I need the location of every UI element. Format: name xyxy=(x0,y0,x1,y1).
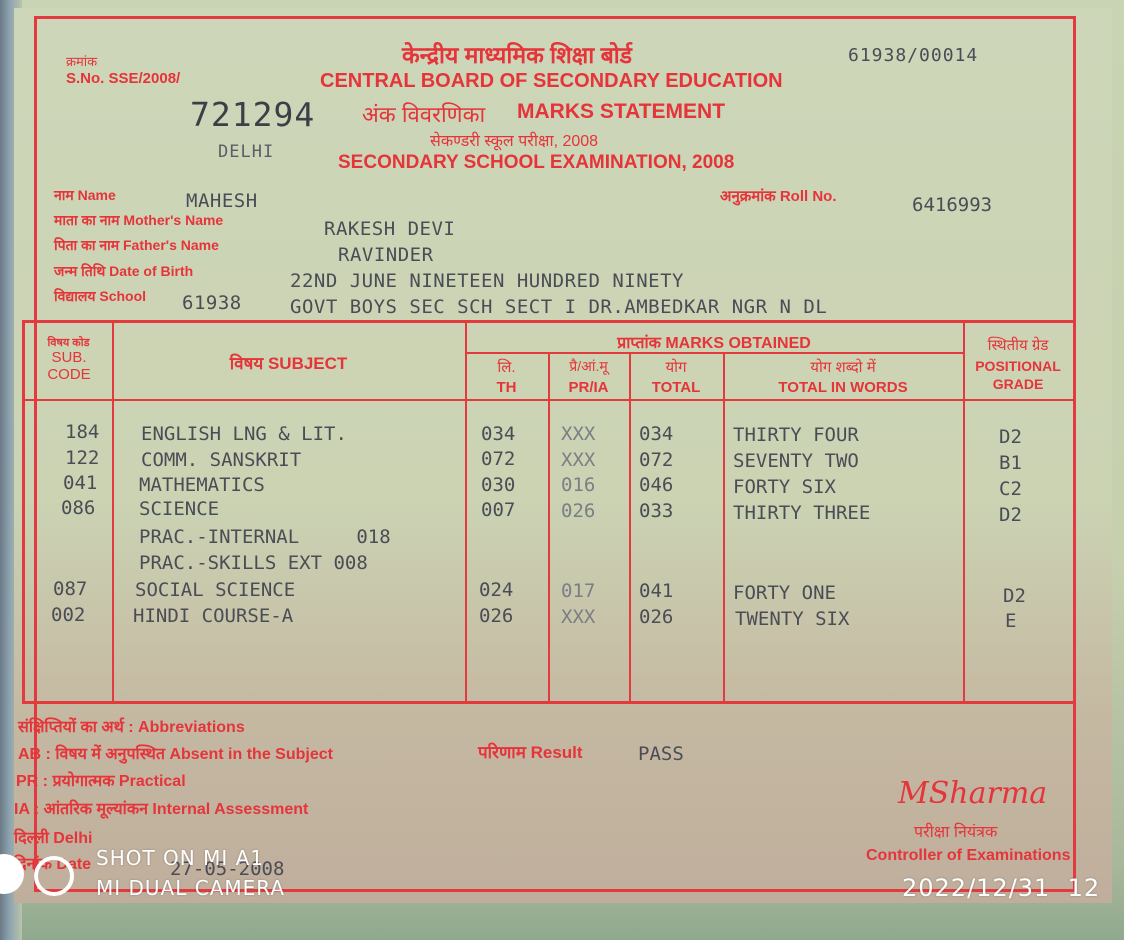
row-3-code: 086 xyxy=(61,497,95,519)
row-3-words: THIRTY THREE xyxy=(733,502,870,524)
row-2-pria: 016 xyxy=(561,474,595,496)
row-7-total: 026 xyxy=(639,606,673,628)
exam-name-hindi: सेकण्डरी स्कूल परीक्षा, 2008 xyxy=(430,129,598,151)
region: DELHI xyxy=(218,142,274,162)
school-code: 61938 xyxy=(182,292,242,314)
camera-watermark-line2: MI DUAL CAMERA xyxy=(96,876,285,900)
abbreviation-ia: IA : आंतरिक मूल्यांकन Internal Assessmen… xyxy=(14,797,308,819)
mother-name: RAKESH DEVI xyxy=(324,218,455,240)
row-6-grade: D2 xyxy=(1003,585,1026,607)
row-1-code: 122 xyxy=(65,447,99,469)
row-1-grade: B1 xyxy=(999,452,1022,474)
header-marks-obtained: प्राप्तांक MARKS OBTAINED xyxy=(465,331,963,353)
row-3-grade: D2 xyxy=(999,504,1022,526)
row-6-code: 087 xyxy=(53,578,87,600)
row-4-subject: PRAC.-INTERNAL 018 xyxy=(139,526,391,548)
row-3-th: 007 xyxy=(481,499,515,521)
row-0-words: THIRTY FOUR xyxy=(733,424,859,446)
header-positional-grade: POSITIONAL GRADE xyxy=(963,357,1073,393)
row-0-pria: XXX xyxy=(561,423,595,445)
row-0-code: 184 xyxy=(65,421,99,443)
statement-title-hindi: अंक विवरणिका xyxy=(362,99,485,129)
controller-signature: MSharma xyxy=(898,776,1047,811)
row-2-words: FORTY SIX xyxy=(733,476,836,498)
abbreviations-title: संक्षिप्तियों का अर्थ : Abbreviations xyxy=(18,715,245,737)
header-sub-code-hindi: विषय कोड xyxy=(25,335,112,350)
row-1-pria: XXX xyxy=(561,449,595,471)
statement-title: MARKS STATEMENT xyxy=(517,100,725,124)
header-th-hindi: लि. xyxy=(465,357,548,377)
board-name-hindi: केन्द्रीय माध्यमिक शिक्षा बोर्ड xyxy=(402,38,632,70)
row-3-subject: SCIENCE xyxy=(139,498,219,520)
header-pria-hindi: प्रै/आं.मू xyxy=(548,357,629,376)
row-2-total: 046 xyxy=(639,474,673,496)
row-2-code: 041 xyxy=(63,472,97,494)
candidate-name: MAHESH xyxy=(186,190,258,212)
result-label: परिणाम Result xyxy=(478,740,583,763)
header-th: TH xyxy=(465,379,548,396)
row-0-subject: ENGLISH LNG & LIT. xyxy=(141,423,347,445)
header-total: TOTAL xyxy=(629,379,723,396)
row-1-total: 072 xyxy=(639,449,673,471)
exam-name: SECONDARY SCHOOL EXAMINATION, 2008 xyxy=(338,152,734,174)
photo-timestamp: 2022/12/31 12 xyxy=(902,874,1100,902)
school-label: विद्यालय School xyxy=(54,287,146,306)
row-6-subject: SOCIAL SCIENCE xyxy=(135,579,295,601)
row-2-subject: MATHEMATICS xyxy=(139,474,265,496)
row-0-th: 034 xyxy=(481,423,515,445)
row-7-grade: E xyxy=(1005,610,1016,632)
school-name: GOVT BOYS SEC SCH SECT I DR.AMBEDKAR NGR… xyxy=(290,296,827,318)
name-label: नाम Name xyxy=(54,186,116,205)
row-0-total: 034 xyxy=(639,423,673,445)
reference-code: 61938/00014 xyxy=(848,45,978,66)
header-total-hindi: योग xyxy=(629,357,723,377)
roll-number-label: अनुक्रमांक Roll No. xyxy=(720,186,837,206)
row-1-words: SEVENTY TWO xyxy=(733,450,859,472)
board-name: CENTRAL BOARD OF SECONDARY EDUCATION xyxy=(320,70,783,93)
roll-number: 6416993 xyxy=(912,194,992,216)
date-of-birth: 22ND JUNE NINETEEN HUNDRED NINETY xyxy=(290,270,684,292)
issue-place: दिल्ली Delhi xyxy=(14,826,92,848)
row-7-words: TWENTY SIX xyxy=(735,608,849,630)
mother-name-label: माता का नाम Mother's Name xyxy=(54,211,223,230)
father-name: RAVINDER xyxy=(338,244,434,266)
serial-number: 721294 xyxy=(190,95,315,134)
row-6-th: 024 xyxy=(479,579,513,601)
row-6-total: 041 xyxy=(639,580,673,602)
header-sub-code: SUB. CODE xyxy=(39,349,99,383)
row-7-code: 002 xyxy=(51,604,85,626)
row-0-grade: D2 xyxy=(999,426,1022,448)
marks-table: विषय कोड SUB. CODE विषय SUBJECT प्राप्ता… xyxy=(22,320,1076,704)
row-2-grade: C2 xyxy=(999,478,1022,500)
dob-label: जन्म तिथि Date of Birth xyxy=(54,262,193,281)
header-subject: विषय SUBJECT xyxy=(112,351,465,374)
serial-label-hindi: क्रमांक xyxy=(66,52,97,70)
controller-title: Controller of Examinations xyxy=(866,847,1070,865)
header-grade-hindi: स्थितीय ग्रेड xyxy=(963,335,1073,355)
header-total-in-words: TOTAL IN WORDS xyxy=(723,379,963,396)
header-pria: PR/IA xyxy=(548,379,629,396)
row-6-pria: 017 xyxy=(561,580,595,602)
abbreviation-pr: PR : प्रयोगात्मक Practical xyxy=(16,769,186,791)
row-2-th: 030 xyxy=(481,474,515,496)
header-words-hindi: योग शब्दो में xyxy=(723,357,963,377)
controller-title-hindi: परीक्षा नियंत्रक xyxy=(914,820,997,842)
row-7-pria: XXX xyxy=(561,606,595,628)
row-5-subject: PRAC.-SKILLS EXT 008 xyxy=(139,552,368,574)
serial-label: S.No. SSE/2008/ xyxy=(66,70,180,87)
abbreviation-ab: AB : विषय में अनुपस्थित Absent in the Su… xyxy=(18,742,333,764)
camera-watermark-ring-icon xyxy=(34,856,74,896)
row-6-words: FORTY ONE xyxy=(733,582,836,604)
row-7-th: 026 xyxy=(479,605,513,627)
row-3-total: 033 xyxy=(639,500,673,522)
row-3-pria: 026 xyxy=(561,500,595,522)
row-7-subject: HINDI COURSE-A xyxy=(133,605,293,627)
father-name-label: पिता का नाम Father's Name xyxy=(54,236,219,255)
result-value: PASS xyxy=(638,743,684,765)
camera-watermark-line1: SHOT ON MI A1 xyxy=(96,846,264,870)
row-1-th: 072 xyxy=(481,448,515,470)
row-1-subject: COMM. SANSKRIT xyxy=(141,449,301,471)
